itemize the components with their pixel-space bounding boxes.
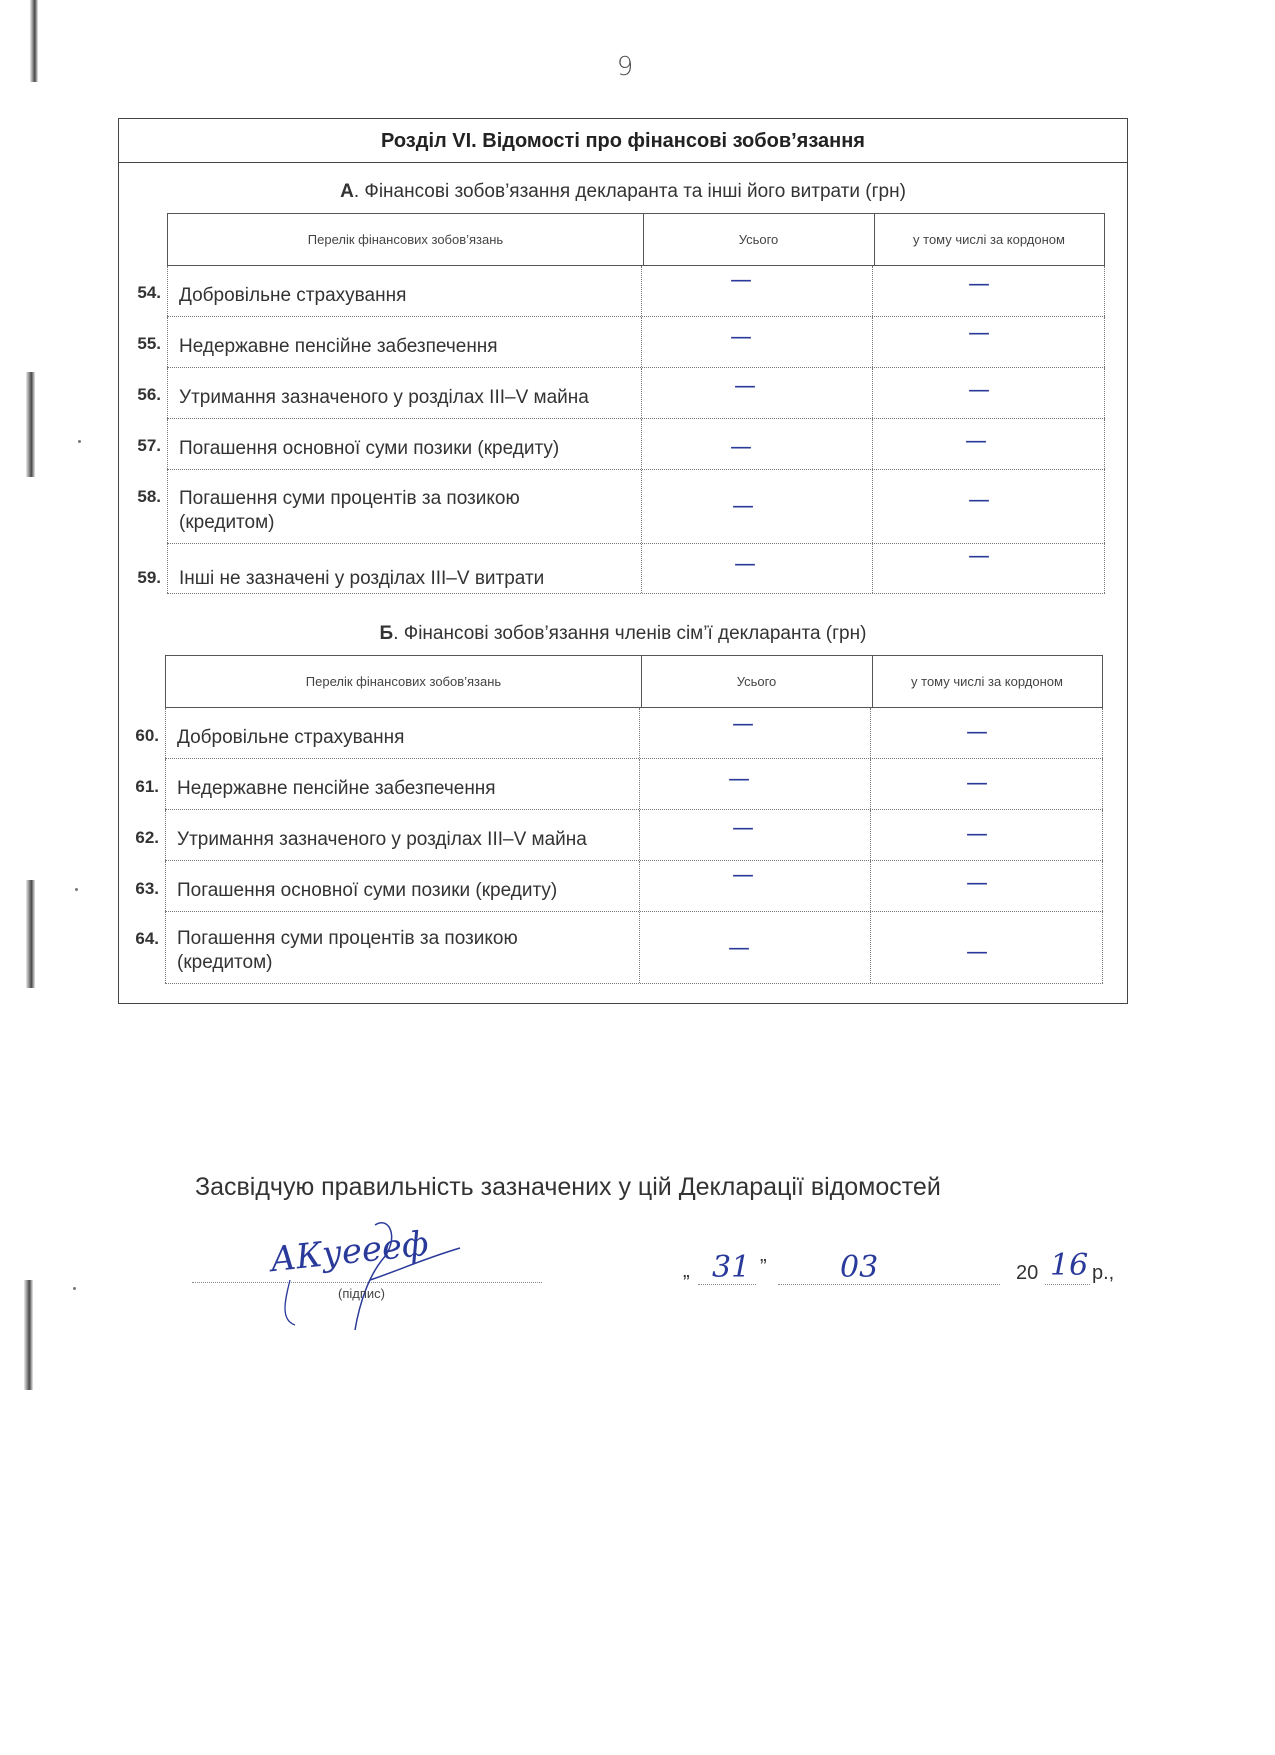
row-abroad[interactable]: — — [871, 912, 1103, 983]
handwritten-dash: — — [965, 431, 987, 453]
handwritten-dash: — — [730, 437, 752, 459]
part-b-title: Б. Фінансові зобов’язання членів сім’ї д… — [119, 623, 1127, 645]
handwritten-dash: — — [968, 323, 990, 345]
header-list: Перелік фінансових зобов’язань — [168, 214, 644, 265]
part-b-title-text: . Фінансові зобов’язання членів сім’ї де… — [393, 623, 866, 644]
handwritten-dash: — — [732, 714, 754, 736]
row-label: Погашення основної суми позики (кредиту) — [167, 419, 642, 469]
row-label: Утримання зазначеного у розділах III–V м… — [167, 368, 642, 418]
header-total: Усього — [643, 214, 875, 265]
table-row-63: 63. Погашення основної суми позики (кред… — [165, 861, 1103, 912]
header-list: Перелік фінансових зобов’язань — [166, 656, 642, 707]
row-number: 59. — [121, 568, 161, 588]
year-unit: р., — [1092, 1262, 1114, 1285]
page-number: 9 — [600, 52, 650, 82]
year-line[interactable] — [1045, 1284, 1090, 1285]
scan-edge-mark — [26, 372, 35, 477]
table-row-55: 55. Недержавне пенсійне забезпечення — — — [167, 317, 1105, 368]
handwritten-dash: — — [730, 327, 752, 349]
handwritten-dash: — — [728, 938, 750, 960]
row-label: Інші не зазначені у розділах III–V витра… — [167, 544, 642, 593]
table-part-b: Перелік фінансових зобов’язань Усього у … — [165, 655, 1103, 985]
row-number: 56. — [121, 385, 161, 405]
row-total[interactable]: — — [640, 810, 871, 860]
handwritten-dash: — — [732, 818, 754, 840]
row-total[interactable]: — — [642, 368, 873, 418]
month-line[interactable] — [778, 1284, 1000, 1285]
row-label: Недержавне пенсійне забезпечення — [165, 759, 640, 809]
signature-flourish-icon — [270, 1220, 470, 1340]
part-b-letter: Б — [380, 623, 394, 644]
part-a-title-text: . Фінансові зобов’язання декларанта та і… — [354, 181, 906, 202]
handwritten-dash: — — [966, 773, 988, 795]
date-quote-close: ” — [760, 1256, 767, 1279]
row-label: Утримання зазначеного у розділах III–V м… — [165, 810, 640, 860]
header-total: Усього — [641, 656, 873, 707]
handwritten-dash: — — [730, 270, 752, 292]
row-number: 54. — [121, 283, 161, 303]
date-quote-open: „ — [683, 1260, 690, 1283]
row-label: Погашення суми процентів за позикою (кре… — [167, 470, 642, 543]
section-vi-box: Розділ VI. Відомості про фінансові зобов… — [118, 118, 1128, 1004]
table-row-60: 60. Добровільне страхування — — — [165, 708, 1103, 759]
table-row-62: 62. Утримання зазначеного у розділах III… — [165, 810, 1103, 861]
row-number: 60. — [119, 726, 159, 746]
row-abroad[interactable]: — — [871, 810, 1103, 860]
row-total[interactable]: — — [640, 912, 871, 983]
header-abroad: у тому числі за кордоном — [872, 656, 1102, 707]
row-total[interactable]: — — [642, 266, 873, 316]
header-abroad: у тому числі за кордоном — [874, 214, 1104, 265]
handwritten-dash: — — [968, 274, 990, 296]
row-total[interactable]: — — [640, 759, 871, 809]
part-a-title: А. Фінансові зобов’язання декларанта та … — [119, 181, 1127, 203]
handwritten-dash: — — [966, 824, 988, 846]
table-row-57: 57. Погашення основної суми позики (кред… — [167, 419, 1105, 470]
row-total[interactable]: — — [640, 708, 871, 758]
handwritten-dash: — — [728, 769, 750, 791]
table-row-58: 58. Погашення суми процентів за позикою … — [167, 470, 1105, 544]
handwritten-dash: — — [968, 546, 990, 568]
row-abroad[interactable]: — — [873, 419, 1105, 469]
handwritten-dash: — — [732, 496, 754, 518]
row-label: Добровільне страхування — [165, 708, 640, 758]
row-abroad[interactable]: — — [873, 544, 1105, 593]
scan-dot — [75, 888, 78, 891]
row-number: 63. — [119, 879, 159, 899]
table-row-56: 56. Утримання зазначеного у розділах III… — [167, 368, 1105, 419]
handwritten-dash: — — [734, 554, 756, 576]
certification-statement: Засвідчую правильність зазначених у цій … — [195, 1173, 941, 1202]
row-abroad[interactable]: — — [873, 266, 1105, 316]
row-number: 55. — [121, 334, 161, 354]
signature-caption: (підпис) — [338, 1286, 385, 1301]
handwritten-dash: — — [966, 873, 988, 895]
table-row-54: 54. Добровільне страхування — — — [167, 266, 1105, 317]
scan-dot — [73, 1287, 76, 1290]
year-prefix: 20 — [1016, 1262, 1038, 1285]
row-number: 62. — [119, 828, 159, 848]
scan-edge-mark — [26, 880, 35, 988]
table-header: Перелік фінансових зобов’язань Усього у … — [165, 655, 1103, 708]
handwritten-dash: — — [968, 490, 990, 512]
row-abroad[interactable]: — — [873, 470, 1105, 543]
row-label: Добровільне страхування — [167, 266, 642, 316]
row-total[interactable]: — — [642, 470, 873, 543]
table-row-59: 59. Інші не зазначені у розділах III–V в… — [167, 544, 1105, 594]
table-part-a: Перелік фінансових зобов’язань Усього у … — [167, 213, 1105, 691]
date-year: 16 — [1050, 1248, 1088, 1283]
section-title: Розділ VI. Відомості про фінансові зобов… — [119, 119, 1127, 163]
handwritten-dash: — — [734, 376, 756, 398]
scan-dot — [78, 440, 81, 443]
row-number: 58. — [121, 487, 161, 507]
row-number: 64. — [119, 929, 159, 949]
handwritten-dash: — — [968, 380, 990, 402]
row-abroad[interactable]: — — [871, 708, 1103, 758]
row-abroad[interactable]: — — [873, 368, 1105, 418]
row-label: Погашення суми процентів за позикою (кре… — [165, 912, 640, 983]
scan-edge-mark — [24, 1280, 33, 1390]
row-total[interactable]: — — [642, 317, 873, 367]
row-abroad[interactable]: — — [873, 317, 1105, 367]
row-total[interactable]: — — [642, 544, 873, 593]
row-total[interactable]: — — [642, 419, 873, 469]
part-a-letter: А — [340, 181, 354, 202]
date-day: 31 — [712, 1250, 750, 1285]
row-number: 57. — [121, 436, 161, 456]
handwritten-dash: — — [966, 722, 988, 744]
table-row-64: 64. Погашення суми процентів за позикою … — [165, 912, 1103, 984]
row-abroad[interactable]: — — [871, 861, 1103, 911]
scan-edge-mark — [30, 0, 38, 82]
date-month: 03 — [840, 1250, 878, 1285]
row-label: Недержавне пенсійне забезпечення — [167, 317, 642, 367]
row-number: 61. — [119, 777, 159, 797]
handwritten-dash: — — [732, 865, 754, 887]
row-total[interactable]: — — [640, 861, 871, 911]
handwritten-dash: — — [966, 942, 988, 964]
table-header: Перелік фінансових зобов’язань Усього у … — [167, 213, 1105, 266]
table-row-61: 61. Недержавне пенсійне забезпечення — — — [165, 759, 1103, 810]
row-abroad[interactable]: — — [871, 759, 1103, 809]
row-label: Погашення основної суми позики (кредиту) — [165, 861, 640, 911]
